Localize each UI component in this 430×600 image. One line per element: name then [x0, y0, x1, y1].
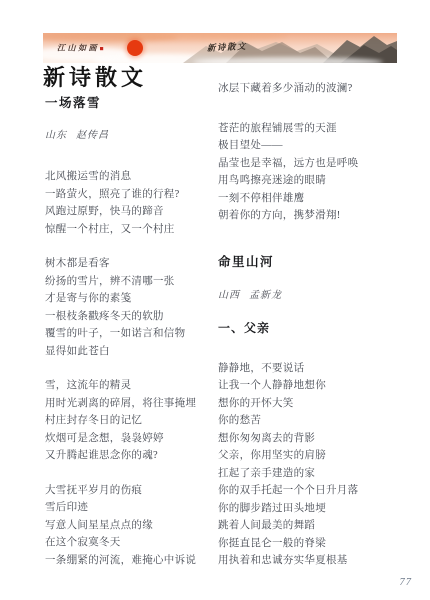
poem-title: 命里山河: [218, 255, 406, 269]
poem-line: 又升腾起谁思念你的魂?: [45, 447, 215, 465]
banner-calligraphy-left: 江山如画: [57, 44, 99, 53]
author-name: 赵传昌: [76, 130, 109, 141]
poem-line: 苍茫的旅程铺展雪的天涯: [218, 120, 406, 138]
page-number: 77: [400, 577, 413, 588]
author-line: 山东赵传昌: [45, 129, 215, 142]
poem-line: 你的双手托起一个个日升月落: [218, 482, 406, 500]
poem-line: 晶莹也是幸福，远方也是呼唤: [218, 155, 406, 173]
poem-line: 冰层下藏着多少涌动的波澜?: [218, 80, 406, 98]
stanza: 树木都是看客纷扬的雪片，辨不清哪一张才是寄与你的素笺一根枝条戳疼冬天的软肋覆雪的…: [45, 255, 215, 360]
poem-line: 显得如此苍白: [45, 343, 215, 361]
poem-line: 惊醒一个村庄，又一个村庄: [45, 221, 215, 239]
stanza: 冰层下藏着多少涌动的波澜?: [218, 80, 406, 98]
poem-line: 用执着和忠诚夯实华夏根基: [218, 552, 406, 570]
poem-line: 父亲，你用坚实的肩膀: [218, 447, 406, 465]
poem-line: 你的脚步踏过田头地埂: [218, 500, 406, 518]
author-region: 山东: [45, 130, 67, 141]
stanza: 苍茫的旅程铺展雪的天涯极目望处——晶莹也是幸福，远方也是呼唤用鸟鸣擦亮迷途的眼睛…: [218, 120, 406, 225]
poem-line: 想你匆匆离去的背影: [218, 430, 406, 448]
poem-line: 想你的开怀大笑: [218, 395, 406, 413]
author-name: 孟新龙: [249, 290, 282, 301]
poem-line: 炊烟可是念想，袅袅婷婷: [45, 430, 215, 448]
poem-line: 朝着你的方向，携梦滑翔!: [218, 207, 406, 225]
poem-line: 极目望处——: [218, 137, 406, 155]
right-column: 冰层下藏着多少涌动的波澜?苍茫的旅程铺展雪的天涯极目望处——晶莹也是幸福，远方也…: [218, 80, 406, 570]
poem-title: 一场落雪: [45, 96, 215, 110]
poem-line: 你挺直昆仑一般的脊梁: [218, 535, 406, 553]
poem-line: 雪后印迹: [45, 499, 215, 517]
poem-line: 静静地，不要说话: [218, 360, 406, 378]
banner-calligraphy-center: 新诗散文: [207, 41, 247, 53]
author-line: 山西孟新龙: [218, 289, 406, 302]
poem-line: 北风搬运雪的消息: [45, 168, 215, 186]
stanza: 静静地，不要说话让我一个人静静地想你想你的开怀大笑你的愁苦想你匆匆离去的背影父亲…: [218, 360, 406, 570]
poem-line: 树木都是看客: [45, 255, 215, 273]
stanza: 大雪抚平岁月的伤痕雪后印迹写意人间星星点点的缘在这个寂寞冬天一条绷紧的河流，难掩…: [45, 482, 215, 570]
poem-line: 风跑过原野，快马的蹄音: [45, 203, 215, 221]
poem-line: 雪，这流年的精灵: [45, 377, 215, 395]
poem-line: 一条绷紧的河流，难掩心中诉说: [45, 552, 215, 570]
poem-line: 一路萤火，照亮了谁的行程?: [45, 186, 215, 204]
header-banner: 江山如画 新诗散文: [43, 33, 397, 63]
left-column: 一场落雪 山东赵传昌 北风搬运雪的消息一路萤火，照亮了谁的行程?风跑过原野，快马…: [45, 96, 215, 569]
magazine-page: 江山如画 新诗散文 新诗散文 一场落雪 山东赵传昌 北风搬运雪的消息一路萤火，照…: [0, 0, 430, 600]
poem-line: 一根枝条戳疼冬天的软肋: [45, 308, 215, 326]
poem-line: 村庄封存冬日的记忆: [45, 412, 215, 430]
landscape-banner-image: 江山如画 新诗散文: [43, 33, 397, 63]
stanza: 北风搬运雪的消息一路萤火，照亮了谁的行程?风跑过原野，快马的蹄音惊醒一个村庄，又…: [45, 168, 215, 238]
poem-section-heading: 一、父亲: [218, 320, 406, 336]
poem-line: 跳着人间最美的舞蹈: [218, 517, 406, 535]
poem-line: 扛起了亲手建造的家: [218, 465, 406, 483]
author-region: 山西: [218, 290, 240, 301]
poem-line: 写意人间星星点点的缘: [45, 517, 215, 535]
poem-line: 大雪抚平岁月的伤痕: [45, 482, 215, 500]
poem-line: 才是寄与你的素笺: [45, 290, 215, 308]
red-sun-icon: [127, 40, 143, 56]
seal-stamp-icon: [100, 47, 103, 50]
poem-line: 用鸟鸣擦亮迷途的眼睛: [218, 172, 406, 190]
poem-line: 用时光剥离的碎屑，将往事掩埋: [45, 395, 215, 413]
section-title: 新诗散文: [43, 67, 147, 89]
poem-line: 覆雪的叶子，一如诺言和信物: [45, 325, 215, 343]
poem-line: 纷扬的雪片，辨不清哪一张: [45, 273, 215, 291]
stanza: 雪，这流年的精灵用时光剥离的碎屑，将往事掩埋村庄封存冬日的记忆炊烟可是念想，袅袅…: [45, 377, 215, 465]
poem-line: 让我一个人静静地想你: [218, 377, 406, 395]
poem-body: 静静地，不要说话让我一个人静静地想你想你的开怀大笑你的愁苦想你匆匆离去的背影父亲…: [218, 360, 406, 570]
poem-body: 北风搬运雪的消息一路萤火，照亮了谁的行程?风跑过原野，快马的蹄音惊醒一个村庄，又…: [45, 168, 215, 569]
poem-line: 一刻不停相伴雄鹰: [218, 190, 406, 208]
poem-line: 在这个寂寞冬天: [45, 534, 215, 552]
poem-line: 你的愁苦: [218, 412, 406, 430]
poem-continuation: 冰层下藏着多少涌动的波澜?苍茫的旅程铺展雪的天涯极目望处——晶莹也是幸福，远方也…: [218, 80, 406, 225]
